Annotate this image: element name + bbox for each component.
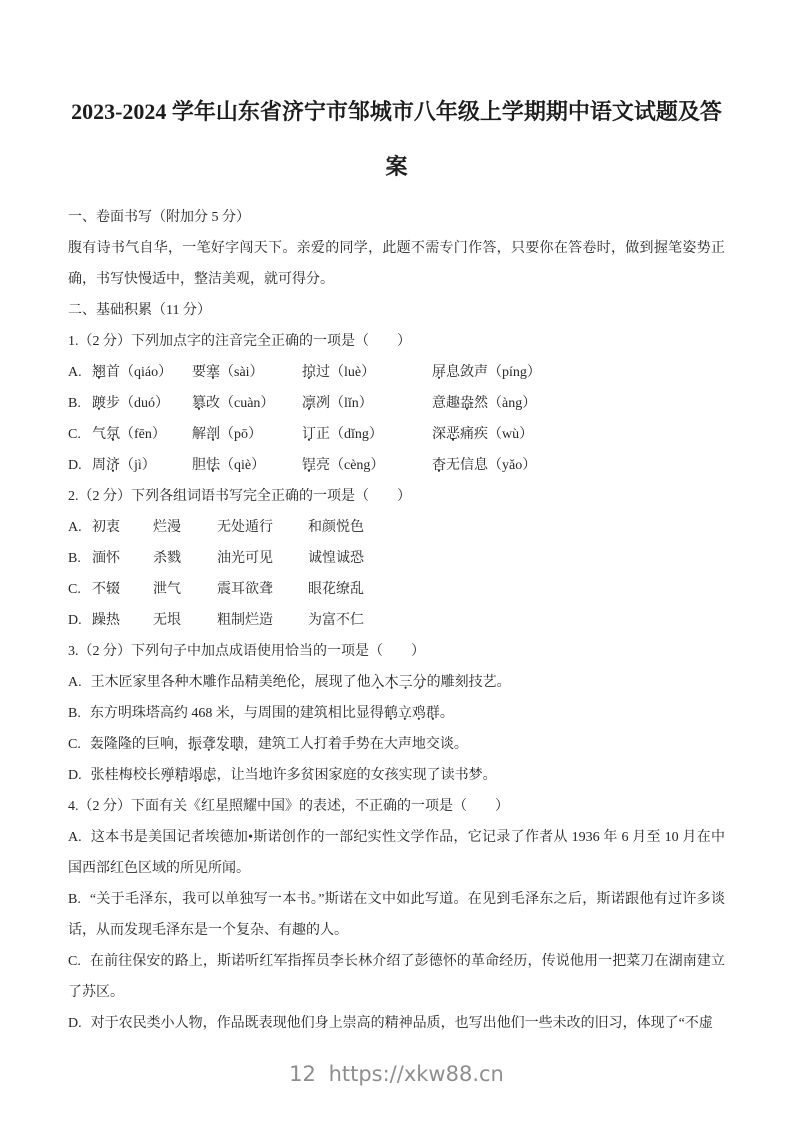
q2-stem: 2.（2 分）下列各组词语书写完全正确的一项是（ ） — [68, 481, 725, 512]
option-item: 躁热 — [92, 605, 153, 636]
option-text: 轰隆隆的巨响，振聋发聩，建筑工人打着手势在大声地交谈。 — [90, 737, 468, 752]
q1-option-d: D. 周济（jì） 胆怯（qiè） 锃亮（cèng） 杳无信息（yǎo） — [68, 450, 725, 481]
page-title: 2023-2024 学年山东省济宁市邹城市八年级上学期期中语文试题及答案 — [68, 84, 725, 194]
option-item: 深恶痛疾（wù） — [432, 419, 533, 450]
option-item: 泄气 — [153, 574, 217, 605]
option-label: A. — [68, 675, 82, 690]
option-text: 东方明珠塔高约 468 米，与周围的建筑相比显得鹤立鸡群。 — [90, 706, 454, 721]
option-item: 胆怯（qiè） — [192, 450, 302, 481]
q1-option-a: A. 翘首（qiáo） 要塞（sài） 掠过（luè） 屏息敛声（píng） — [68, 357, 725, 388]
q1-option-b: B. 踱步（duó） 篡改（cuàn） 凛冽（lǐn） 意趣盎然（àng） — [68, 388, 725, 419]
option-item: 初衷 — [92, 512, 153, 543]
document-body: 一、卷面书写（附加分 5 分） 腹有诗书气自华，一笔好字闯天下。亲爱的同学，此题… — [68, 202, 725, 1039]
option-text: 王木匠家里各种木雕作品精美绝伦，展现了他入木三分的雕刻技艺。 — [91, 675, 511, 690]
option-item: 诚惶诚恐 — [308, 543, 364, 574]
option-label: C. — [68, 574, 92, 605]
q2-option-c: C. 不辍 泄气 震耳欲聋 眼花缭乱 — [68, 574, 725, 605]
option-label: D. — [68, 1016, 82, 1031]
q2-option-d: D. 躁热 无垠 粗制烂造 为富不仁 — [68, 605, 725, 636]
section-two-heading: 二、基础积累（11 分） — [68, 295, 725, 326]
option-item: 油光可见 — [217, 543, 308, 574]
option-label: A. — [68, 512, 92, 543]
option-label: D. — [68, 605, 92, 636]
option-item: 屏息敛声（píng） — [432, 357, 541, 388]
option-item: 掠过（luè） — [302, 357, 432, 388]
page-footer: 12 https://xkw88.cn — [0, 1062, 793, 1086]
option-item: 湎怀 — [92, 543, 153, 574]
document-page: 2023-2024 学年山东省济宁市邹城市八年级上学期期中语文试题及答案 一、卷… — [0, 0, 793, 1122]
option-label: B. — [68, 388, 92, 419]
option-item: 气氛（fēn） — [92, 419, 192, 450]
footer-url: https://xkw88.cn — [329, 1062, 504, 1086]
option-label: D. — [68, 768, 82, 783]
section-one-heading: 一、卷面书写（附加分 5 分） — [68, 202, 725, 233]
option-item: 和颜悦色 — [308, 512, 364, 543]
option-item: 翘首（qiáo） — [92, 357, 192, 388]
q3-option-b: B.东方明珠塔高约 468 米，与周围的建筑相比显得鹤立鸡群。 — [68, 698, 725, 729]
q4-option-d: D.对于农民类小人物，作品既表现他们身上崇高的精神品质，也写出他们一些未改的旧习… — [68, 1008, 725, 1039]
option-item: 要塞（sài） — [192, 357, 302, 388]
option-item: 粗制烂造 — [217, 605, 308, 636]
q1-stem: 1.（2 分）下列加点字的注音完全正确的一项是（ ） — [68, 326, 725, 357]
option-item: 不辍 — [92, 574, 153, 605]
option-item: 锃亮（cèng） — [302, 450, 432, 481]
option-text: 对于农民类小人物，作品既表现他们身上崇高的精神品质，也写出他们一些未改的旧习，体… — [91, 1016, 713, 1031]
option-item: 篡改（cuàn） — [192, 388, 302, 419]
option-item: 意趣盎然（àng） — [432, 388, 536, 419]
option-label: C. — [68, 737, 81, 752]
q1-option-c: C. 气氛（fēn） 解剖（pō） 订正（dǐng） 深恶痛疾（wù） — [68, 419, 725, 450]
q3-option-a: A.王木匠家里各种木雕作品精美绝伦，展现了他入木三分的雕刻技艺。 — [68, 667, 725, 698]
option-text: 张桂梅校长殚精竭虑，让当地许多贫困家庭的女孩实现了读书梦。 — [91, 768, 497, 783]
q4-option-c: C.在前往保安的路上，斯诺听红军指挥员李长林介绍了彭德怀的革命经历，传说他用一把… — [68, 946, 725, 1008]
option-item: 无处遁行 — [217, 512, 308, 543]
q3-option-d: D.张桂梅校长殚精竭虑，让当地许多贫困家庭的女孩实现了读书梦。 — [68, 760, 725, 791]
option-label: A. — [68, 357, 92, 388]
option-label: A. — [68, 830, 82, 845]
q2-option-a: A. 初衷 烂漫 无处遁行 和颜悦色 — [68, 512, 725, 543]
option-item: 杳无信息（yǎo） — [432, 450, 536, 481]
q2-option-b: B. 湎怀 杀戮 油光可见 诚惶诚恐 — [68, 543, 725, 574]
option-item: 杀戮 — [153, 543, 217, 574]
q3-option-c: C.轰隆隆的巨响，振聋发聩，建筑工人打着手势在大声地交谈。 — [68, 729, 725, 760]
option-item: 订正（dǐng） — [302, 419, 432, 450]
option-item: 为富不仁 — [308, 605, 364, 636]
option-item: 烂漫 — [153, 512, 217, 543]
option-label: B. — [68, 543, 92, 574]
option-text: “关于毛泽东，我可以单独写一本书。”斯诺在文中如此写道。在见到毛泽东之后，斯诺跟… — [68, 892, 725, 938]
option-text: 这本书是美国记者埃德加•斯诺创作的一部纪实性文学作品，它记录了作者从 1936 … — [68, 830, 725, 876]
option-item: 踱步（duó） — [92, 388, 192, 419]
q3-stem: 3.（2 分）下列句子中加点成语使用恰当的一项是（ ） — [68, 636, 725, 667]
option-item: 震耳欲聋 — [217, 574, 308, 605]
option-label: B. — [68, 892, 81, 907]
option-item: 眼花缭乱 — [308, 574, 364, 605]
option-label: B. — [68, 706, 81, 721]
q4-stem: 4.（2 分）下面有关《红星照耀中国》的表述，不正确的一项是（ ） — [68, 791, 725, 822]
option-item: 凛冽（lǐn） — [302, 388, 432, 419]
option-label: C. — [68, 419, 92, 450]
option-label: D. — [68, 450, 92, 481]
page-number: 12 — [289, 1062, 316, 1086]
section-one-intro: 腹有诗书气自华，一笔好字闯天下。亲爱的同学，此题不需专门作答，只要你在答卷时，做… — [68, 233, 725, 295]
q4-option-a: A.这本书是美国记者埃德加•斯诺创作的一部纪实性文学作品，它记录了作者从 193… — [68, 822, 725, 884]
option-item: 解剖（pō） — [192, 419, 302, 450]
option-item: 周济（jì） — [92, 450, 192, 481]
option-label: C. — [68, 954, 81, 969]
option-item: 无垠 — [153, 605, 217, 636]
q4-option-b: B.“关于毛泽东，我可以单独写一本书。”斯诺在文中如此写道。在见到毛泽东之后，斯… — [68, 884, 725, 946]
option-text: 在前往保安的路上，斯诺听红军指挥员李长林介绍了彭德怀的革命经历，传说他用一把菜刀… — [68, 954, 725, 1000]
